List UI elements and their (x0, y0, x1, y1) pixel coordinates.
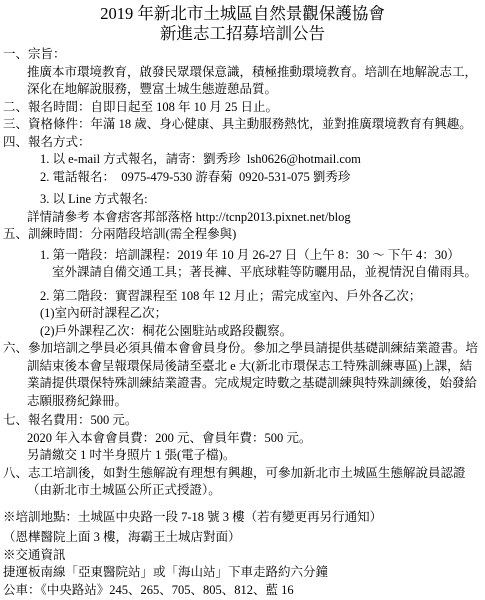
doc-line-qualifications: 三、資格條件：年滿 18 歲、身心健康、具主動服務熱忱，並對推廣環境教育有興趣。 (0, 116, 485, 134)
doc-line-bus-info: 公車：《中央路站》245、265、705、805、812、藍 16 (0, 582, 485, 600)
doc-line: （由新北市土城區公所正式授證）。 (0, 482, 485, 500)
doc-line-training-time-heading: 五、訓練時間：分兩階段培訓(需全程參與) (0, 226, 485, 244)
doc-line-line-registration: 3. 以 Line 方式報名: (0, 191, 485, 209)
document-title-line1: 2019 年新北市土城區自然景觀保護協會 (0, 4, 485, 24)
doc-line: 推廣本市環境教育，啟發民眾環保意識，積極推動環境教育。培訓在地解說志工， (0, 64, 485, 82)
doc-line: 志願服務紀錄冊。 (0, 393, 485, 411)
document-title-line2: 新進志工招募培訓公告 (0, 24, 485, 44)
announcement-document: 2019 年新北市土城區自然景觀保護協會 新進志工招募培訓公告 一、宗旨： 推廣… (0, 0, 485, 600)
doc-line: 業請提供環保特殊訓練結業證書。完成規定時數之基礎訓練與特殊訓練後，始發給 (0, 375, 485, 393)
doc-line-fee-heading: 七、報名費用：500 元。 (0, 412, 485, 430)
doc-line: 訓結束後本會呈報環保局後請至臺北 e 大(新北市環保志工特殊訓練專區)上課，結 (0, 358, 485, 376)
doc-line: 2020 年入本會會員費：200 元、會員年費：500 元。 (0, 430, 485, 448)
doc-line-certification: 八、志工培訓後，如對生態解說有理想有興趣，可參加新北市土城區生態解說員認證 (0, 465, 485, 483)
doc-line-stage2: 2. 第二階段：實習課程至 108 年 12 月止；需完成室內、戶外各乙次； (0, 288, 485, 306)
doc-line: 深化在地解說服務，豐富土城生態遊憩品質。 (0, 81, 485, 99)
doc-line: (1)室內研討課程乙次； (0, 305, 485, 323)
doc-line-membership: 六、參加培訓之學員必須具備本會會員身份。參加之學員請提供基礎訓練結業證書。培 (0, 340, 485, 358)
doc-line-blog-url: 詳情請參考 本會痞客邦部落格 http://tcnp2013.pixnet.ne… (0, 209, 485, 227)
doc-line: (2)戶外課程乙次：桐花公園駐站或路段觀察。 (0, 323, 485, 341)
doc-line-registration-period: 二、報名時間：自即日起至 108 年 10 月 25 日止。 (0, 99, 485, 117)
doc-line-training-location: ※培訓地點：土城區中央路一段 7-18 號 3 樓（若有變更再另行通知） (0, 509, 485, 527)
doc-line: 室外課請自備交通工具；著長褲、平底球鞋等防曬用品，並視情況自備雨具。 (0, 264, 485, 282)
doc-line-stage1: 1. 第一階段：培訓課程：2019 年 10 月 26-27 日（上午 8：30… (0, 247, 485, 265)
doc-line-registration-methods-heading: 四、報名方式： (0, 134, 485, 152)
doc-line-purpose-heading: 一、宗旨： (0, 46, 485, 64)
doc-line-mrt-info: 捷運板南線「亞東醫院站」或「海山站」下車走路約六分鐘 (0, 564, 485, 582)
doc-line-phone-registration: 2. 電話報名： 0975-479-530 游春菊 0920-531-075 劉… (0, 169, 485, 187)
document-title: 2019 年新北市土城區自然景觀保護協會 新進志工招募培訓公告 (0, 4, 485, 44)
doc-line-email-registration: 1. 以 e-mail 方式報名，請寄：劉秀珍 lsh0626@hotmail.… (0, 151, 485, 169)
doc-line: 另請繳交 1 吋半身照片 1 張(電子檔)。 (0, 447, 485, 465)
doc-line: （恩樺醫院上面 3 樓，海霸王土城店對面） (0, 529, 485, 547)
doc-line-traffic-info-heading: ※交通資訊 (0, 547, 485, 565)
